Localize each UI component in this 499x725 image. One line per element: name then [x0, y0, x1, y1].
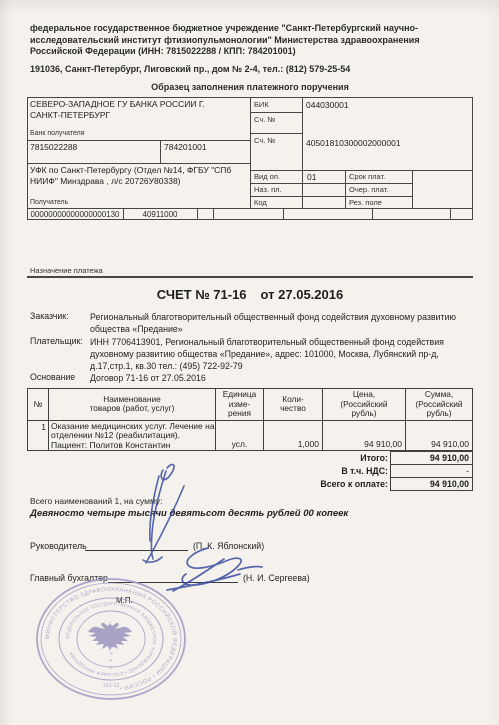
kpp-value: 784201001 [164, 142, 207, 153]
stamp-code: 101-12 [103, 683, 120, 689]
grid-line [345, 170, 346, 208]
organization-header: федеральное государственное бюджетное уч… [30, 23, 470, 58]
invoice-title: СЧЕТ № 71-16от 27.05.2016 [27, 287, 473, 302]
grand-total-label: Всего к оплате: [200, 478, 388, 491]
vid-op-value: 01 [307, 172, 316, 183]
accountant-label: Главный бухгалтер [30, 573, 108, 583]
row-qty: 1,000 [264, 420, 323, 451]
stamp-outer-ring-text: МИНИСТЕРСТВО ЗДРАВООХРАНЕНИЯ РОССИЙСКОЙ … [45, 587, 179, 691]
bank-label: Банк получателя [30, 130, 85, 137]
grid-line [27, 163, 251, 164]
grid-line [250, 112, 303, 113]
stamp-stars: ✳ ✳ ✳ [109, 651, 113, 670]
recipient-label: Получатель [30, 199, 68, 206]
grid-line [197, 208, 198, 219]
row-sum: 94 910,00 [406, 420, 473, 451]
invoice-document: федеральное государственное бюджетное уч… [0, 0, 499, 725]
grid-line [412, 170, 413, 208]
bik-value: 044030001 [306, 100, 349, 111]
customer-label: Заказчик: [30, 311, 69, 321]
eagle-emblem [88, 622, 132, 651]
srok-plat-label: Срок плат. [349, 172, 385, 181]
purpose-of-payment-label: Назначение платежа [30, 266, 103, 275]
svg-text:МИНИСТЕРСТВО ЗДРАВООХРАНЕНИЯ Р: МИНИСТЕРСТВО ЗДРАВООХРАНЕНИЯ РОССИЙСКОЙ … [45, 587, 179, 691]
grid-line [372, 208, 373, 219]
grid-line [27, 140, 251, 141]
recipient-name: УФК по Санкт-Петербургу (Отдел №14, ФГБУ… [30, 165, 248, 186]
col-qty: Коли- чество [264, 389, 323, 421]
grid-line [250, 170, 473, 171]
vat-label: В т.ч. НДС: [200, 465, 388, 478]
col-sum: Сумма, (Российский рубль) [406, 389, 473, 421]
payment-order-form: СЕВЕРО-ЗАПАДНОЕ ГУ БАНКА РОССИИ Г. САНКТ… [27, 97, 473, 220]
kod-label: Код [254, 198, 267, 207]
col-unit: Единица изме- рения [216, 389, 264, 421]
grid-line [250, 97, 251, 208]
goods-table: № Наименование товаров (работ, услуг) Ед… [27, 388, 473, 451]
svg-text:✳: ✳ [109, 651, 113, 656]
accountant-name: (Н. И. Сергеева) [243, 573, 310, 583]
payment-order-sample-heading: Образец заполнения платежного поручения [27, 82, 473, 92]
goods-header-row: № Наименование товаров (работ, услуг) Ед… [28, 389, 473, 421]
grid-line [283, 208, 284, 219]
grid-line [450, 208, 451, 219]
grid-line [302, 97, 303, 208]
official-stamp: МИНИСТЕРСТВО ЗДРАВООХРАНЕНИЯ РОССИЙСКОЙ … [30, 576, 194, 704]
payer-label: Плательщик: [30, 336, 83, 346]
director-label: Руководитель [30, 541, 87, 551]
inn-value: 7815022288 [30, 142, 77, 153]
col-price: Цена, (Российский рубль) [323, 389, 406, 421]
row-unit: усл. [216, 420, 264, 451]
payer-value: ИНН 7706413901, Региональный благотворит… [90, 336, 475, 372]
account-value: 40501810300002000001 [306, 138, 401, 149]
grid-line [123, 208, 124, 219]
director-signature-line [85, 542, 188, 551]
grid-line [213, 208, 214, 219]
table-row: 1 Оказание медицинских услуг. Лечение на… [28, 420, 473, 451]
customer-value: Региональный благотворительный обществен… [90, 311, 475, 335]
grid-line [250, 196, 413, 197]
col-num: № [28, 389, 49, 421]
row-num: 1 [28, 420, 49, 451]
grand-total-value: 94 910,00 [390, 477, 473, 491]
col-name: Наименование товаров (работ, услуг) [49, 389, 216, 421]
grid-line [250, 133, 303, 134]
basis-value: Договор 71-16 от 27.05.2016 [90, 372, 206, 384]
stamp-inner-ring-text: ФЕДЕРАЛЬНОЕ ГОСУДАРСТВЕННОЕ БЮДЖЕТНОЕ УЧ… [65, 601, 157, 677]
grid-line [27, 219, 473, 220]
purpose-underline [27, 276, 473, 278]
director-name: (П. К. Яблонский) [193, 541, 264, 551]
grid-line [472, 97, 473, 219]
stamp-place-label: М.П. [116, 596, 133, 605]
items-count-line: Всего наименований 1, на сумму: [30, 496, 163, 506]
total-label: Итого: [200, 452, 388, 465]
accountant-signature [167, 548, 262, 591]
svg-text:✳: ✳ [109, 658, 113, 663]
vid-op-label: Вид оп. [254, 172, 280, 181]
kbk-value: 00000000000000000130 [29, 210, 121, 219]
account-label-bottom: Сч. № [254, 136, 275, 145]
rez-pole-label: Рез. поле [349, 198, 382, 207]
bik-label: БИК [254, 100, 269, 109]
row-name: Оказание медицинских услуг. Лечение на о… [49, 420, 216, 451]
invoice-date: от 27.05.2016 [261, 287, 344, 302]
naz-pl-label: Наз. пл. [254, 185, 282, 194]
vat-value: - [390, 464, 473, 478]
svg-text:ФЕДЕРАЛЬНОЕ ГОСУДАРСТВЕННОЕ БЮ: ФЕДЕРАЛЬНОЕ ГОСУДАРСТВЕННОЕ БЮДЖЕТНОЕ УЧ… [65, 601, 157, 677]
account-label-top: Сч. № [254, 115, 275, 124]
amount-in-words: Девяносто четыре тысячи девятьсот десять… [30, 508, 348, 519]
organization-address: 191036, Санкт-Петербург, Лиговский пр., … [30, 64, 350, 74]
accountant-signature-line [108, 574, 238, 583]
invoice-number: СЧЕТ № 71-16 [157, 287, 247, 302]
grid-line [160, 140, 161, 163]
oktmo-value: 40911000 [125, 210, 195, 219]
grid-line [27, 97, 28, 219]
total-value: 94 910,00 [390, 451, 473, 465]
grid-line [27, 208, 473, 209]
ocher-plat-label: Очер. плат. [349, 185, 388, 194]
svg-text:✳: ✳ [109, 665, 113, 670]
bank-name: СЕВЕРО-ЗАПАДНОЕ ГУ БАНКА РОССИИ Г. САНКТ… [30, 99, 246, 120]
grid-line [250, 183, 413, 184]
row-price: 94 910,00 [323, 420, 406, 451]
basis-label: Основание [30, 372, 75, 382]
